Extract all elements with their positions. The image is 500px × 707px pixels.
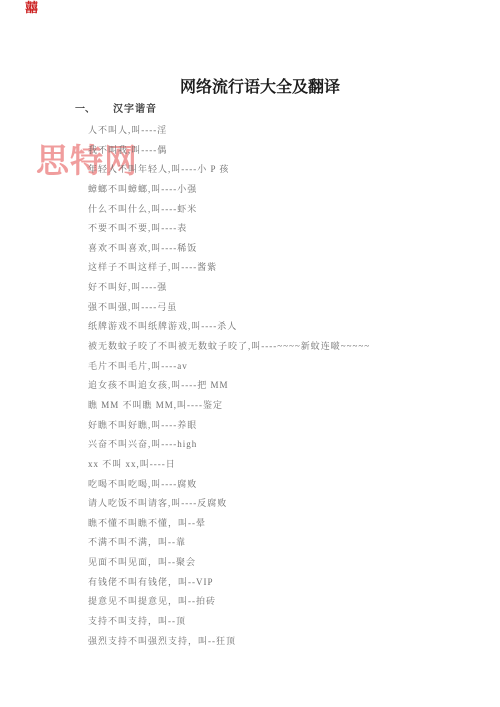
slang-line: 瞧不懂不叫瞧不懂，叫--晕 bbox=[88, 517, 490, 537]
page-title: 网络流行语大全及翻译 bbox=[0, 74, 500, 97]
document-page: 囍 思特网 网络流行语大全及翻译 一、 汉字谐音 人不叫人,叫----淫 我不叫… bbox=[0, 0, 500, 707]
slang-line: 什么不叫什么,叫----虾米 bbox=[88, 203, 490, 223]
slang-line: 好不叫好,叫----强 bbox=[88, 281, 490, 301]
slang-line: 提意见不叫提意见，叫--拍砖 bbox=[88, 595, 490, 615]
corner-stamp: 囍 bbox=[25, 1, 38, 14]
slang-line: 纸牌游戏不叫纸牌游戏,叫----杀人 bbox=[88, 320, 490, 340]
slang-line: 好瞧不叫好瞧,叫----养眼 bbox=[88, 419, 490, 439]
section-title: 汉字谐音 bbox=[113, 100, 157, 115]
slang-line: 瞧 MM 不叫瞧 MM,叫----鉴定 bbox=[88, 399, 490, 419]
slang-list: 人不叫人,叫----淫 我不叫我,叫----偶 年轻人不叫年轻人,叫----小 … bbox=[88, 124, 490, 654]
slang-line: 年轻人不叫年轻人,叫----小 P 孩 bbox=[88, 163, 490, 183]
slang-line: 追女孩不叫追女孩,叫----把 MM bbox=[88, 379, 490, 399]
slang-line: 不满不叫不满，叫--靠 bbox=[88, 536, 490, 556]
slang-line: 有钱佬不叫有钱佬，叫--VIP bbox=[88, 576, 490, 596]
section-heading: 一、 汉字谐音 bbox=[0, 100, 500, 114]
slang-line: 毛片不叫毛片,叫----av bbox=[88, 360, 490, 380]
slang-line: 不要不叫不要,叫----表 bbox=[88, 222, 490, 242]
slang-line: 这样子不叫这样子,叫----酱紫 bbox=[88, 261, 490, 281]
slang-line: 兴奋不叫兴奋,叫----high bbox=[88, 438, 490, 458]
section-number: 一、 bbox=[75, 100, 95, 115]
slang-line: 我不叫我,叫----偶 bbox=[88, 144, 490, 164]
slang-line: 支持不叫支持，叫--顶 bbox=[88, 615, 490, 635]
slang-line: 被无数蚊子咬了不叫被无数蚊子咬了,叫----~~~~新蚊连啵~~~~~ bbox=[88, 340, 490, 360]
slang-line: 吃喝不叫吃喝,叫----腐败 bbox=[88, 478, 490, 498]
slang-line: 喜欢不叫喜欢,叫----稀饭 bbox=[88, 242, 490, 262]
slang-line: 强烈支持不叫强烈支持，叫--狂顶 bbox=[88, 635, 490, 655]
slang-line: 强不叫强,叫----弓虽 bbox=[88, 301, 490, 321]
slang-line: 请人吃饭不叫请客,叫----反腐败 bbox=[88, 497, 490, 517]
slang-line: xx 不叫 xx,叫----日 bbox=[88, 458, 490, 478]
slang-line: 人不叫人,叫----淫 bbox=[88, 124, 490, 144]
slang-line: 见面不叫见面，叫--聚会 bbox=[88, 556, 490, 576]
slang-line: 蟑螂不叫蟑螂,叫----小强 bbox=[88, 183, 490, 203]
